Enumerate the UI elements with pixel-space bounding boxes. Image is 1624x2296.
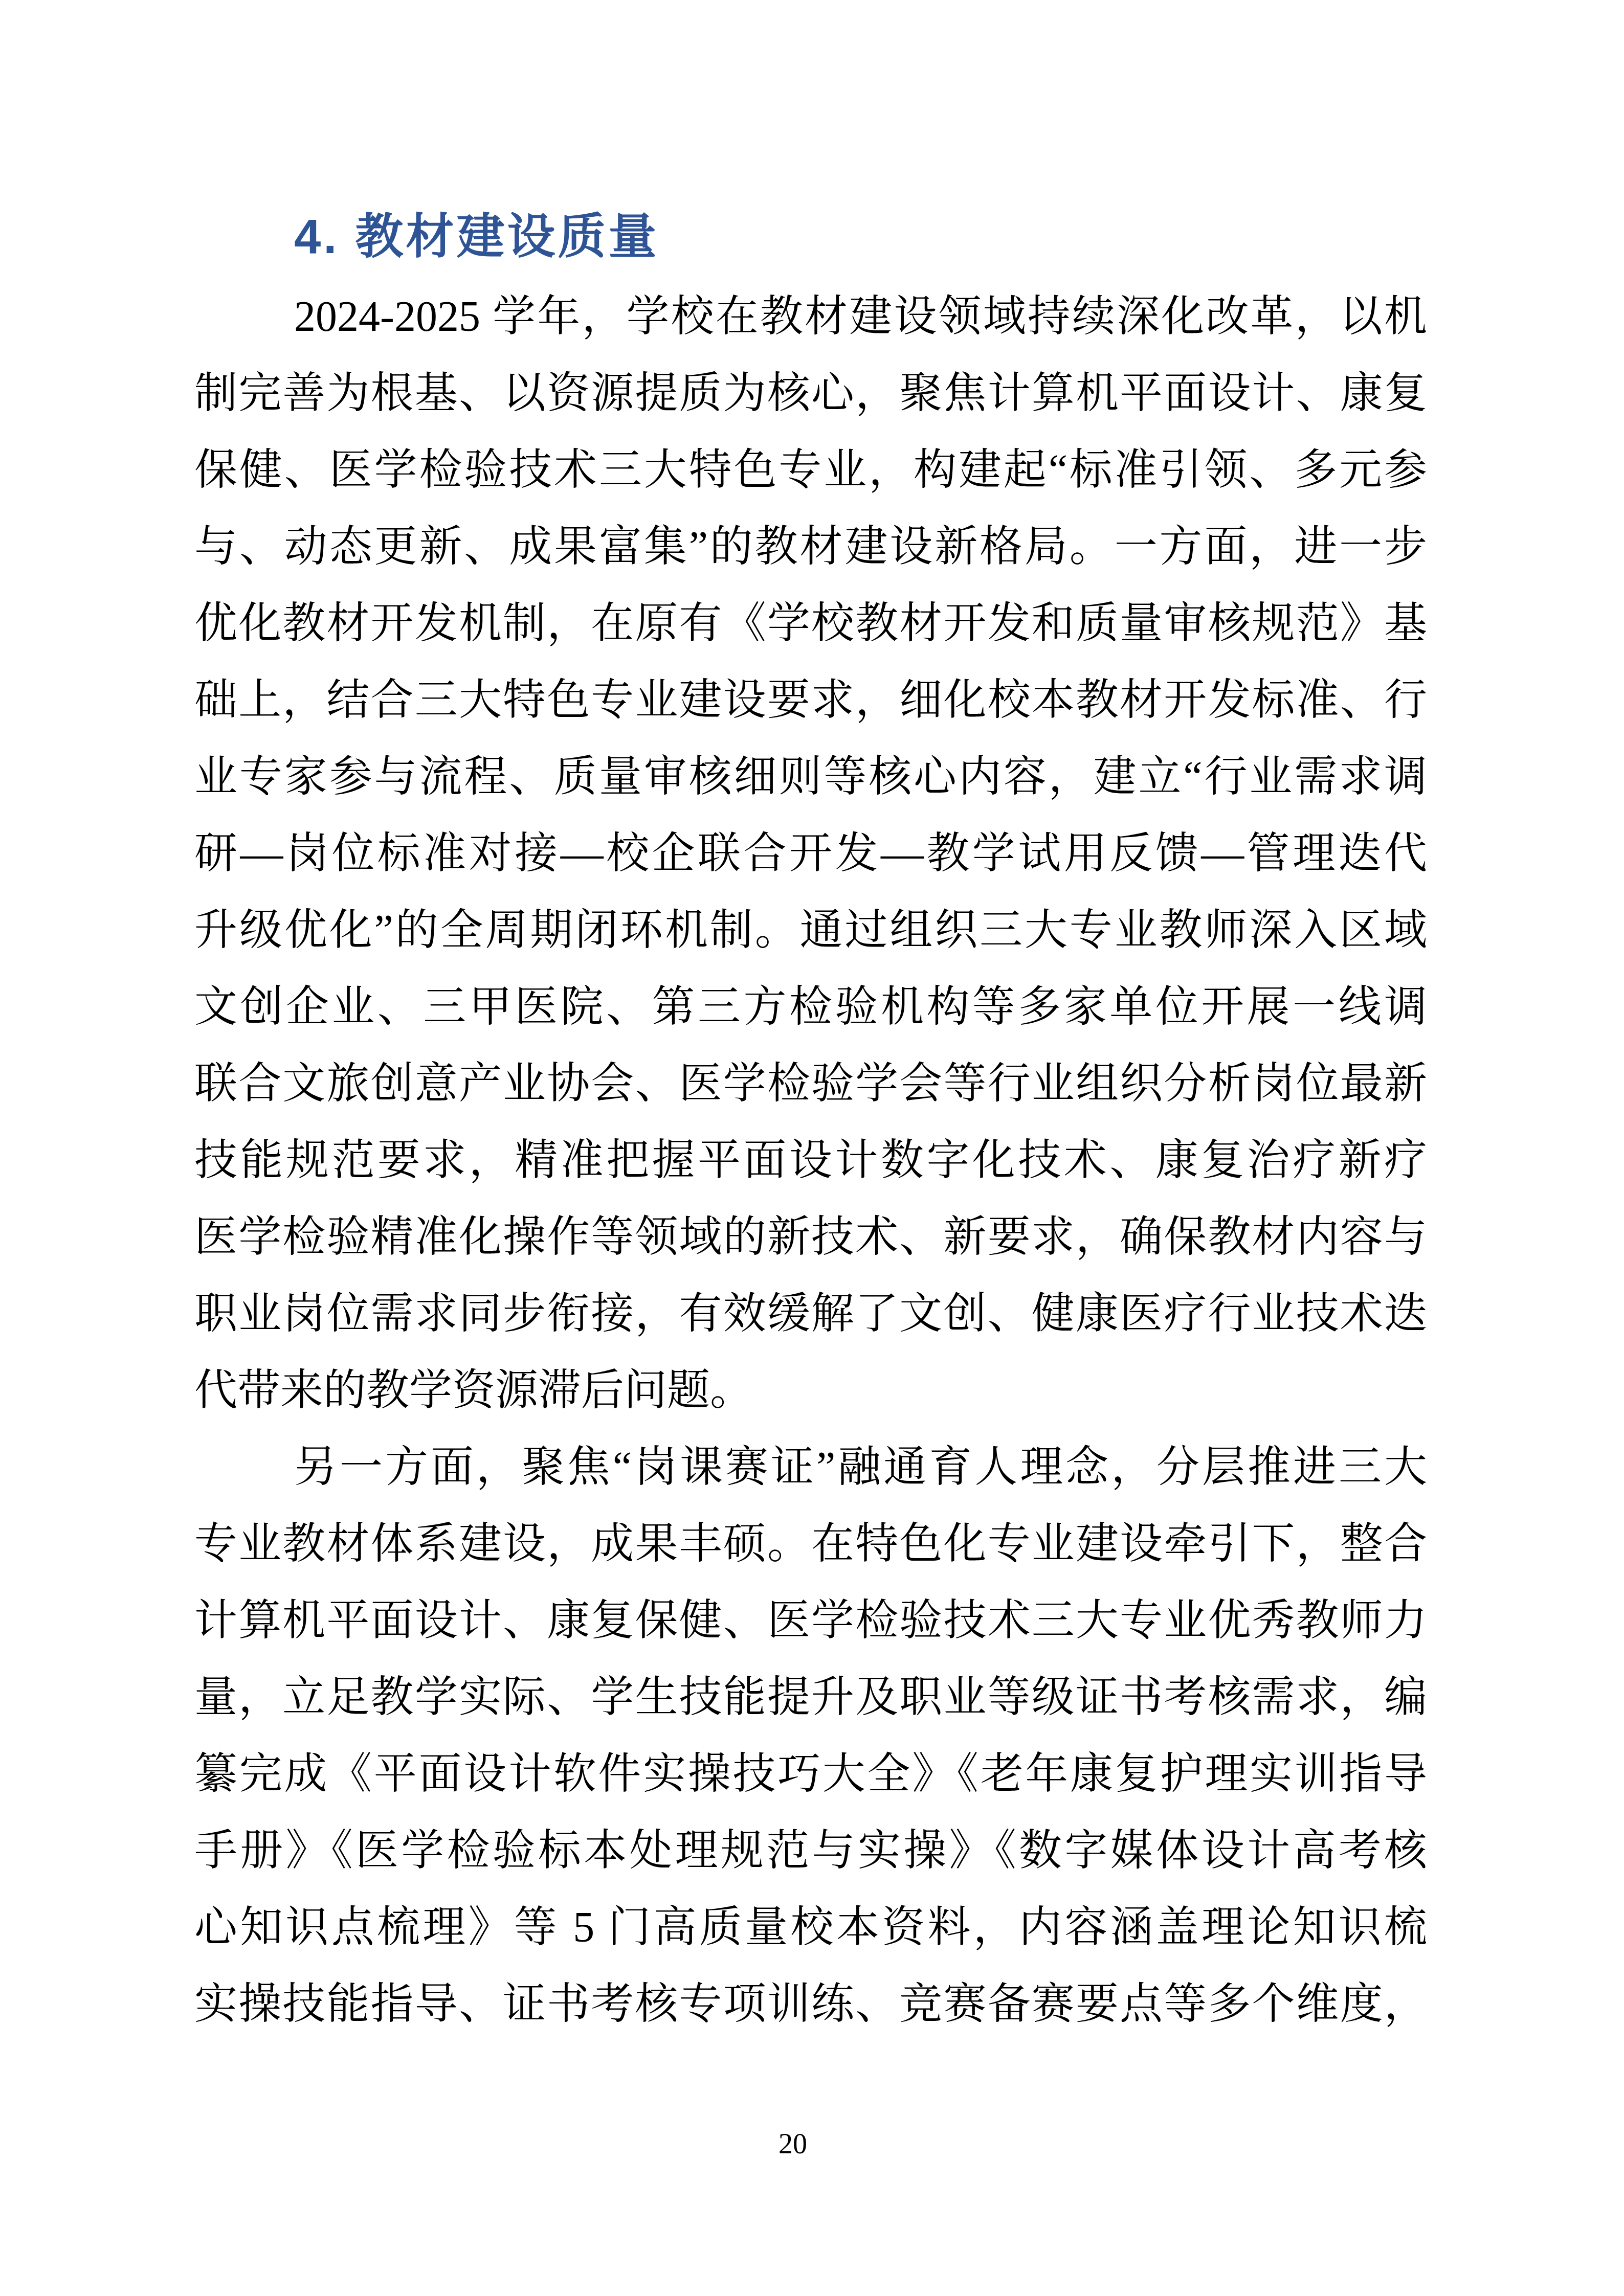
body-line: 联合文旅创意产业协会、医学检验学会等行业组织分析岗位最新 [194,1046,1427,1122]
body-line: 技能规范要求，精准把握平面设计数字化技术、康复治疗新疗法、 [194,1122,1427,1199]
body-line: 2024-2025 学年，学校在教材建设领域持续深化改革，以机 [194,279,1427,355]
body-line: 纂完成《平面设计软件实操技巧大全》《老年康复护理实训指导 [194,1736,1427,1813]
paragraph: 另一方面，聚焦“岗课赛证”融通育人理念，分层推进三大 专业教材体系建设，成果丰硕… [194,1429,1427,2043]
page-number: 20 [0,2126,1586,2162]
body-line: 优化教材开发机制，在原有《学校教材开发和质量审核规范》基 [194,586,1427,662]
body-line: 实操技能指导、证书考核专项训练、竞赛备赛要点等多个维度， [194,1966,1427,2043]
document-body: 2024-2025 学年，学校在教材建设领域持续深化改革，以机 制完善为根基、以… [194,279,1427,2043]
body-line: 文创企业、三甲医院、第三方检验机构等多家单位开展一线调研， [194,969,1427,1046]
section-heading: 4. 教材建设质量 [294,209,659,265]
body-line: 计算机平面设计、康复保健、医学检验技术三大专业优秀教师力 [194,1583,1427,1659]
body-line: 升级优化”的全周期闭环机制。通过组织三大专业教师深入区域 [194,892,1427,969]
body-line: 心知识点梳理》等 5 门高质量校本资料，内容涵盖理论知识梳理、 [194,1889,1427,1966]
body-line: 职业岗位需求同步衔接，有效缓解了文创、健康医疗行业技术迭 [194,1276,1427,1353]
body-line: 专业教材体系建设，成果丰硕。在特色化专业建设牵引下，整合 [194,1506,1427,1583]
body-line: 业专家参与流程、质量审核细则等核心内容，建立“行业需求调 [194,739,1427,816]
body-line: 础上，结合三大特色专业建设要求，细化校本教材开发标准、行 [194,662,1427,739]
body-line: 另一方面，聚焦“岗课赛证”融通育人理念，分层推进三大 [194,1429,1427,1506]
document-page: 4. 教材建设质量 2024-2025 学年，学校在教材建设领域持续深化改革，以… [0,0,1624,2296]
body-line: 保健、医学检验技术三大特色专业，构建起“标准引领、多元参 [194,432,1427,509]
paragraph: 2024-2025 学年，学校在教材建设领域持续深化改革，以机 制完善为根基、以… [194,279,1427,1429]
body-line: 量，立足教学实际、学生技能提升及职业等级证书考核需求，编 [194,1659,1427,1736]
body-line: 医学检验精准化操作等领域的新技术、新要求，确保教材内容与 [194,1199,1427,1276]
body-line: 代带来的教学资源滞后问题。 [194,1353,1427,1429]
body-line: 手册》《医学检验标本处理规范与实操》《数字媒体设计高考核 [194,1813,1427,1889]
body-line: 研—岗位标准对接—校企联合开发—教学试用反馈—管理迭代 [194,816,1427,892]
body-line: 与、动态更新、成果富集”的教材建设新格局。一方面，进一步 [194,509,1427,586]
body-line: 制完善为根基、以资源提质为核心，聚焦计算机平面设计、康复 [194,355,1427,432]
